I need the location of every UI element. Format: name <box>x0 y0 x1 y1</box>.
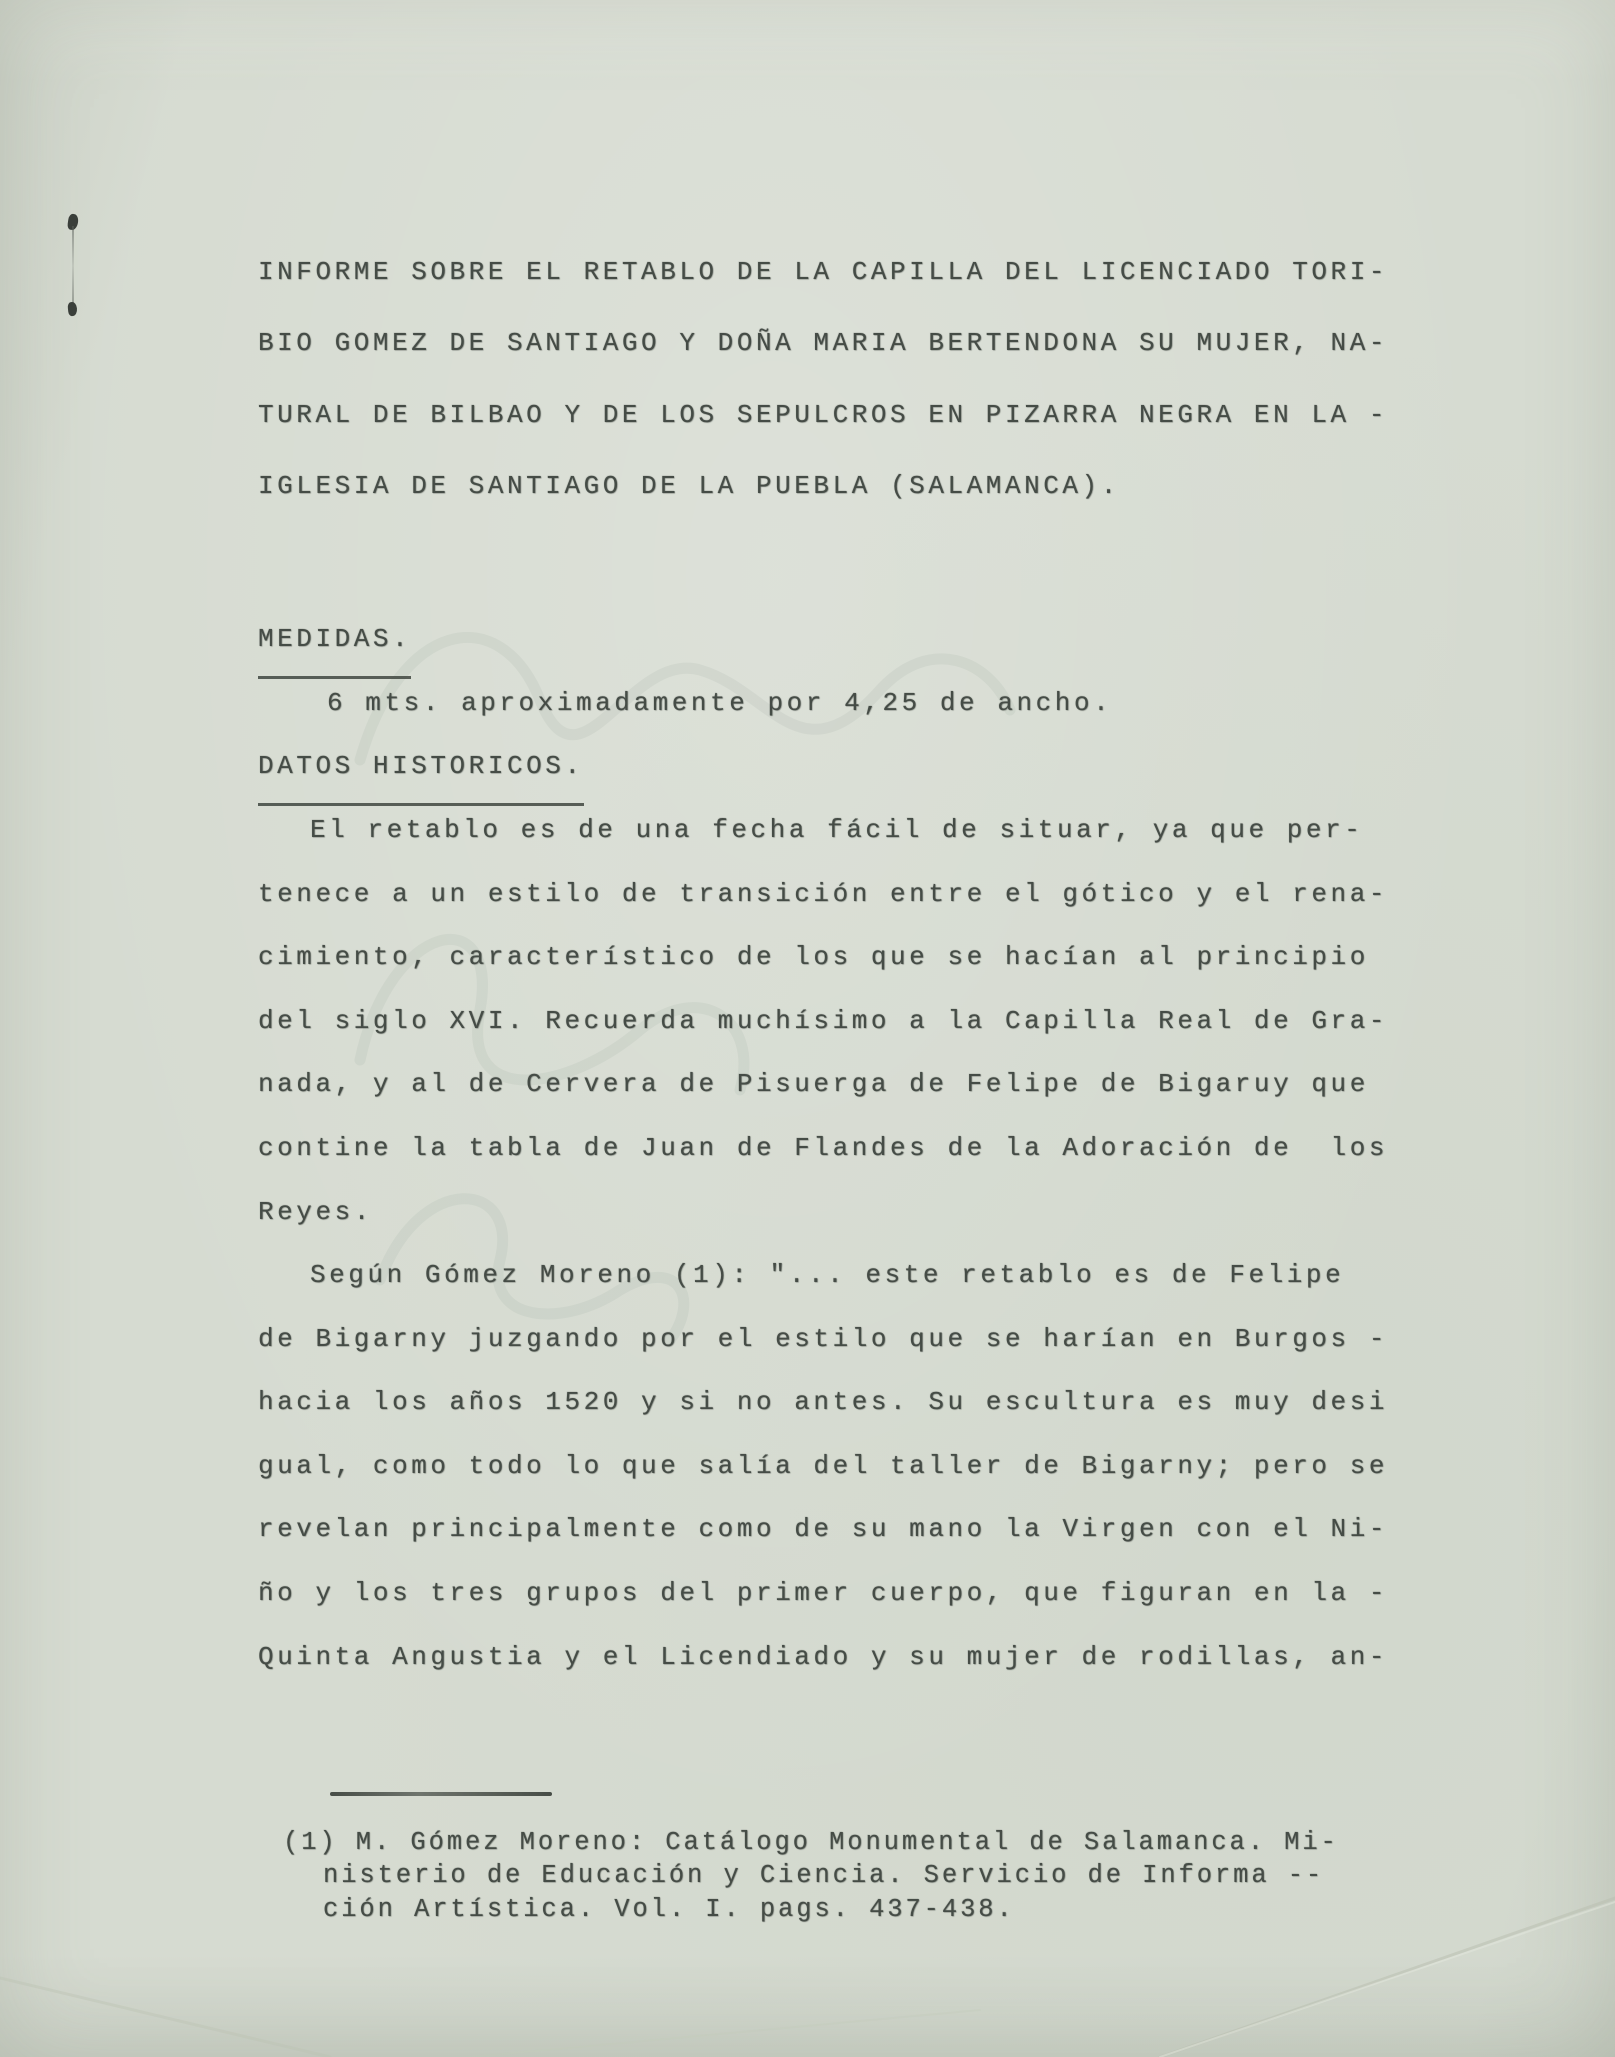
body-line: del siglo XVI. Recuerda muchísimo a la C… <box>258 990 1388 1054</box>
body-line: ño y los tres grupos del primer cuerpo, … <box>258 1562 1388 1626</box>
body-line: Quinta Angustia y el Licendiado y su muj… <box>258 1626 1388 1690</box>
footnote-line: ción Artística. Vol. I. pags. 437-438. <box>283 1893 1339 1926</box>
title-line: BIO GOMEZ DE SANTIAGO Y DOÑA MARIA BERTE… <box>258 308 1388 379</box>
body-line: contine la tabla de Juan de Flandes de l… <box>258 1117 1388 1181</box>
footnote-line: (1) M. Gómez Moreno: Catálogo Monumental… <box>283 1826 1339 1859</box>
footnote-separator-rule <box>330 1792 552 1796</box>
body-line: El retablo es de una fecha fácil de situ… <box>258 799 1388 863</box>
scanned-document-page: INFORME SOBRE EL RETABLO DE LA CAPILLA D… <box>0 0 1615 2057</box>
medidas-heading-label: MEDIDAS. <box>258 608 411 679</box>
title-line: IGLESIA DE SANTIAGO DE LA PUEBLA (SALAMA… <box>258 451 1388 522</box>
ink-smudge-mark <box>68 214 78 316</box>
medidas-text-line: 6 mts. aproximadamente por 4,25 de ancho… <box>327 672 1112 736</box>
title-line: INFORME SOBRE EL RETABLO DE LA CAPILLA D… <box>258 237 1388 308</box>
footnote-citation: (1) M. Gómez Moreno: Catálogo Monumental… <box>283 1826 1339 1926</box>
datos-heading-label: DATOS HISTORICOS. <box>258 735 584 806</box>
ink-thread <box>72 226 74 306</box>
ink-dot-bottom <box>67 302 77 317</box>
report-title: INFORME SOBRE EL RETABLO DE LA CAPILLA D… <box>258 237 1388 522</box>
medidas-heading: MEDIDAS. <box>258 608 411 679</box>
body-line: revelan principalmente como de su mano l… <box>258 1498 1388 1562</box>
body-line: cimiento, característico de los que se h… <box>258 926 1388 990</box>
body-line: Reyes. <box>258 1181 1388 1245</box>
title-line: TURAL DE BILBAO Y DE LOS SEPULCROS EN PI… <box>258 380 1388 451</box>
paragraph-historical-1: El retablo es de una fecha fácil de situ… <box>258 799 1388 1244</box>
medidas-measurement: 6 mts. aproximadamente por 4,25 de ancho… <box>327 672 1112 736</box>
body-line: tenece a un estilo de transición entre e… <box>258 863 1388 927</box>
body-line: hacia los años 1520 y si no antes. Su es… <box>258 1371 1388 1435</box>
body-line: nada, y al de Cervera de Pisuerga de Fel… <box>258 1053 1388 1117</box>
paragraph-historical-2: Según Gómez Moreno (1): "... este retabl… <box>258 1244 1388 1689</box>
datos-historicos-heading: DATOS HISTORICOS. <box>258 735 584 806</box>
body-line: Según Gómez Moreno (1): "... este retabl… <box>258 1244 1388 1308</box>
body-line: gual, como todo lo que salía del taller … <box>258 1435 1388 1499</box>
footnote-line: nisterio de Educación y Ciencia. Servici… <box>283 1859 1339 1892</box>
body-line: de Bigarny juzgando por el estilo que se… <box>258 1308 1388 1372</box>
